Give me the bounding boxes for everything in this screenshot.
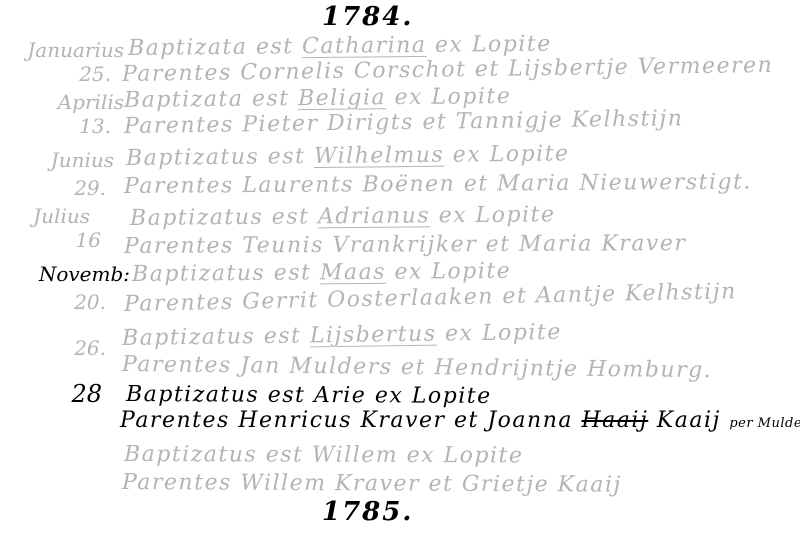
margin-day: 25. [6, 62, 111, 86]
baptism-prefix: Baptizatus est [124, 442, 303, 468]
baptism-prefix: Baptizatus est [126, 382, 306, 408]
margin-month: Junius [2, 148, 114, 172]
baptism-suffix: ex Lopite [394, 84, 511, 110]
baptism-line: Baptizatus est Arie ex Lopite [126, 382, 492, 409]
baptism-line: Baptizatus est Maas ex Lopite [132, 259, 511, 287]
child-name: Arie [314, 383, 367, 408]
baptism-prefix: Baptizatus est [126, 144, 306, 171]
child-name: Beligia [298, 85, 386, 111]
annotation-note: per Mulders! [729, 416, 800, 431]
margin-month: Novemb: [14, 262, 130, 286]
parents-line: Parentes Laurents Boënen et Maria Nieuwe… [124, 170, 752, 199]
baptism-prefix: Baptizatus est [132, 260, 312, 287]
margin-day: 16 [6, 228, 101, 252]
margin-day: 28 [6, 380, 102, 408]
year-heading-top: 1784. [322, 2, 413, 32]
baptism-suffix: ex Lopite [394, 259, 511, 285]
baptism-suffix: ex Lopite [435, 32, 552, 58]
child-name: Catharina [302, 33, 427, 59]
baptism-suffix: ex Lopite [375, 383, 492, 409]
baptism-suffix: ex Lopite [453, 141, 570, 167]
baptism-prefix: Baptizatus est [130, 204, 310, 231]
baptism-suffix: ex Lopite [439, 202, 556, 228]
margin-day: 20. [6, 290, 106, 314]
margin-month: Aprilis [6, 90, 124, 114]
baptism-suffix: ex Lopite [407, 443, 524, 468]
baptism-prefix: Baptizata est [128, 34, 294, 61]
child-name: Maas [320, 260, 386, 286]
parents-line: Parentes Teunis Vrankrijker et Maria Kra… [124, 231, 686, 259]
child-name: Lijsbertus [310, 322, 437, 349]
baptism-line: Baptizatus est Willem ex Lopite [124, 442, 523, 468]
margin-month: Julius [0, 204, 90, 228]
parents-line: Parentes Henricus Kraver et Joanna Haaij… [120, 408, 800, 433]
baptism-suffix: ex Lopite [445, 320, 562, 347]
margin-day: 13. [6, 114, 111, 138]
child-name: Adrianus [318, 203, 430, 229]
margin-day: 26. [6, 336, 106, 360]
struck-surname: Haaij [582, 408, 649, 433]
register-page: 1784. Januarius 25. Baptizata est Cathar… [0, 0, 800, 533]
margin-month: Januarius [6, 38, 124, 62]
baptism-line: Baptizatus est Wilhelmus ex Lopite [126, 141, 570, 171]
child-name: Willem [312, 443, 398, 468]
baptism-line: Baptizatus est Lijsbertus ex Lopite [122, 320, 562, 351]
child-name: Wilhelmus [314, 143, 445, 169]
margin-day: 29. [6, 176, 106, 200]
corrected-surname: Kaaij [657, 408, 721, 433]
baptism-line: Baptizatus est Adrianus ex Lopite [130, 202, 556, 231]
baptism-prefix: Baptizatus est [122, 323, 302, 351]
parents-line: Parentes Willem Kraver et Grietje Kaaij [122, 470, 622, 498]
year-heading-bottom: 1785. [322, 497, 413, 527]
parents-main: Parentes Henricus Kraver et Joanna [120, 408, 573, 433]
baptism-prefix: Baptizata est [124, 86, 290, 113]
parents-line: Parentes Jan Mulders et Hendrijntje Homb… [122, 352, 712, 383]
